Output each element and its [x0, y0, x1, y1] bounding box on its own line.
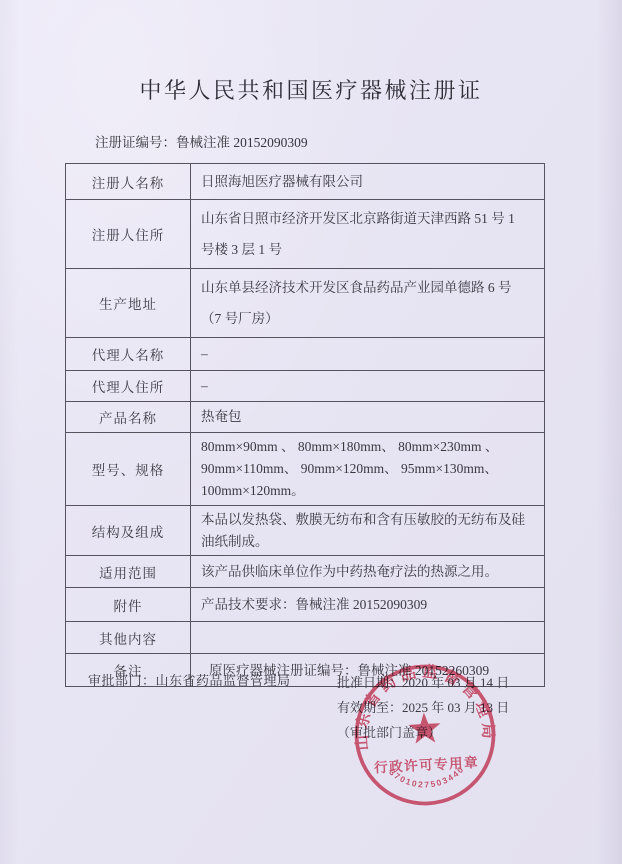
- table-row: 代理人住所 –: [66, 371, 545, 402]
- table-row: 适用范围 该产品供临床单位作为中药热奄疗法的热源之用。: [66, 556, 545, 588]
- row-label: 注册人住所: [66, 200, 191, 269]
- row-value: 本品以发热袋、敷膜无纺布和含有压敏胶的无纺布及硅 油纸制成。: [191, 505, 545, 556]
- certificate-page: 中华人民共和国医疗器械注册证 注册证编号：鲁械注准 20152090309 注册…: [0, 0, 622, 864]
- page-title: 中华人民共和国医疗器械注册证: [0, 74, 622, 105]
- table-row: 结构及组成 本品以发热袋、敷膜无纺布和含有压敏胶的无纺布及硅 油纸制成。: [66, 505, 545, 556]
- row-label: 代理人名称: [66, 338, 191, 371]
- cert-number-value: 鲁械注准 20152090309: [176, 135, 308, 150]
- row-label: 结构及组成: [66, 505, 191, 556]
- row-value: 山东省日照市经济开发区北京路街道天津西路 51 号 1 号楼 3 层 1 号: [191, 200, 545, 269]
- row-value: –: [191, 338, 545, 371]
- row-value: 80mm×90mm 、 80mm×180mm、 80mm×230mm 、 90m…: [191, 433, 545, 506]
- row-value: 产品技术要求：鲁械注准 20152090309: [191, 588, 545, 622]
- registration-table: 注册人名称 日照海旭医疗器械有限公司 注册人住所 山东省日照市经济开发区北京路街…: [65, 163, 545, 687]
- table-row: 其他内容: [66, 622, 545, 654]
- row-value: [191, 622, 545, 654]
- row-value: 该产品供临床单位作为中药热奄疗法的热源之用。: [191, 556, 545, 588]
- row-label: 注册人名称: [66, 164, 191, 200]
- table-row: 注册人住所 山东省日照市经济开发区北京路街道天津西路 51 号 1 号楼 3 层…: [66, 200, 545, 269]
- stamp-star-icon: [408, 712, 442, 744]
- official-stamp: 山东省药品监督管理局 行政许可专用章 3701027503440: [346, 656, 504, 814]
- row-value: 日照海旭医疗器械有限公司: [191, 164, 545, 200]
- row-value: 热奄包: [191, 402, 545, 433]
- row-label: 代理人住所: [66, 371, 191, 402]
- row-label: 附件: [66, 588, 191, 622]
- table-row: 注册人名称 日照海旭医疗器械有限公司: [66, 164, 545, 200]
- row-value: –: [191, 371, 545, 402]
- approval-department: 审批部门：山东省药品监督管理局: [88, 670, 291, 689]
- table-row: 生产地址 山东单县经济技术开发区食品药品产业园单德路 6 号 （7 号厂房）: [66, 269, 545, 338]
- table-row: 型号、规格 80mm×90mm 、 80mm×180mm、 80mm×230mm…: [66, 433, 545, 506]
- row-label: 产品名称: [66, 402, 191, 433]
- table-row: 代理人名称 –: [66, 338, 545, 371]
- row-label: 型号、规格: [66, 433, 191, 506]
- table-row: 附件 产品技术要求：鲁械注准 20152090309: [66, 588, 545, 622]
- table-row: 产品名称 热奄包: [66, 402, 545, 433]
- row-value: 山东单县经济技术开发区食品药品产业园单德路 6 号 （7 号厂房）: [191, 269, 545, 338]
- row-label: 其他内容: [66, 622, 191, 654]
- cert-number-label: 注册证编号：: [95, 135, 176, 150]
- cert-number: 注册证编号：鲁械注准 20152090309: [95, 131, 308, 151]
- row-label: 适用范围: [66, 556, 191, 588]
- row-label: 生产地址: [66, 269, 191, 338]
